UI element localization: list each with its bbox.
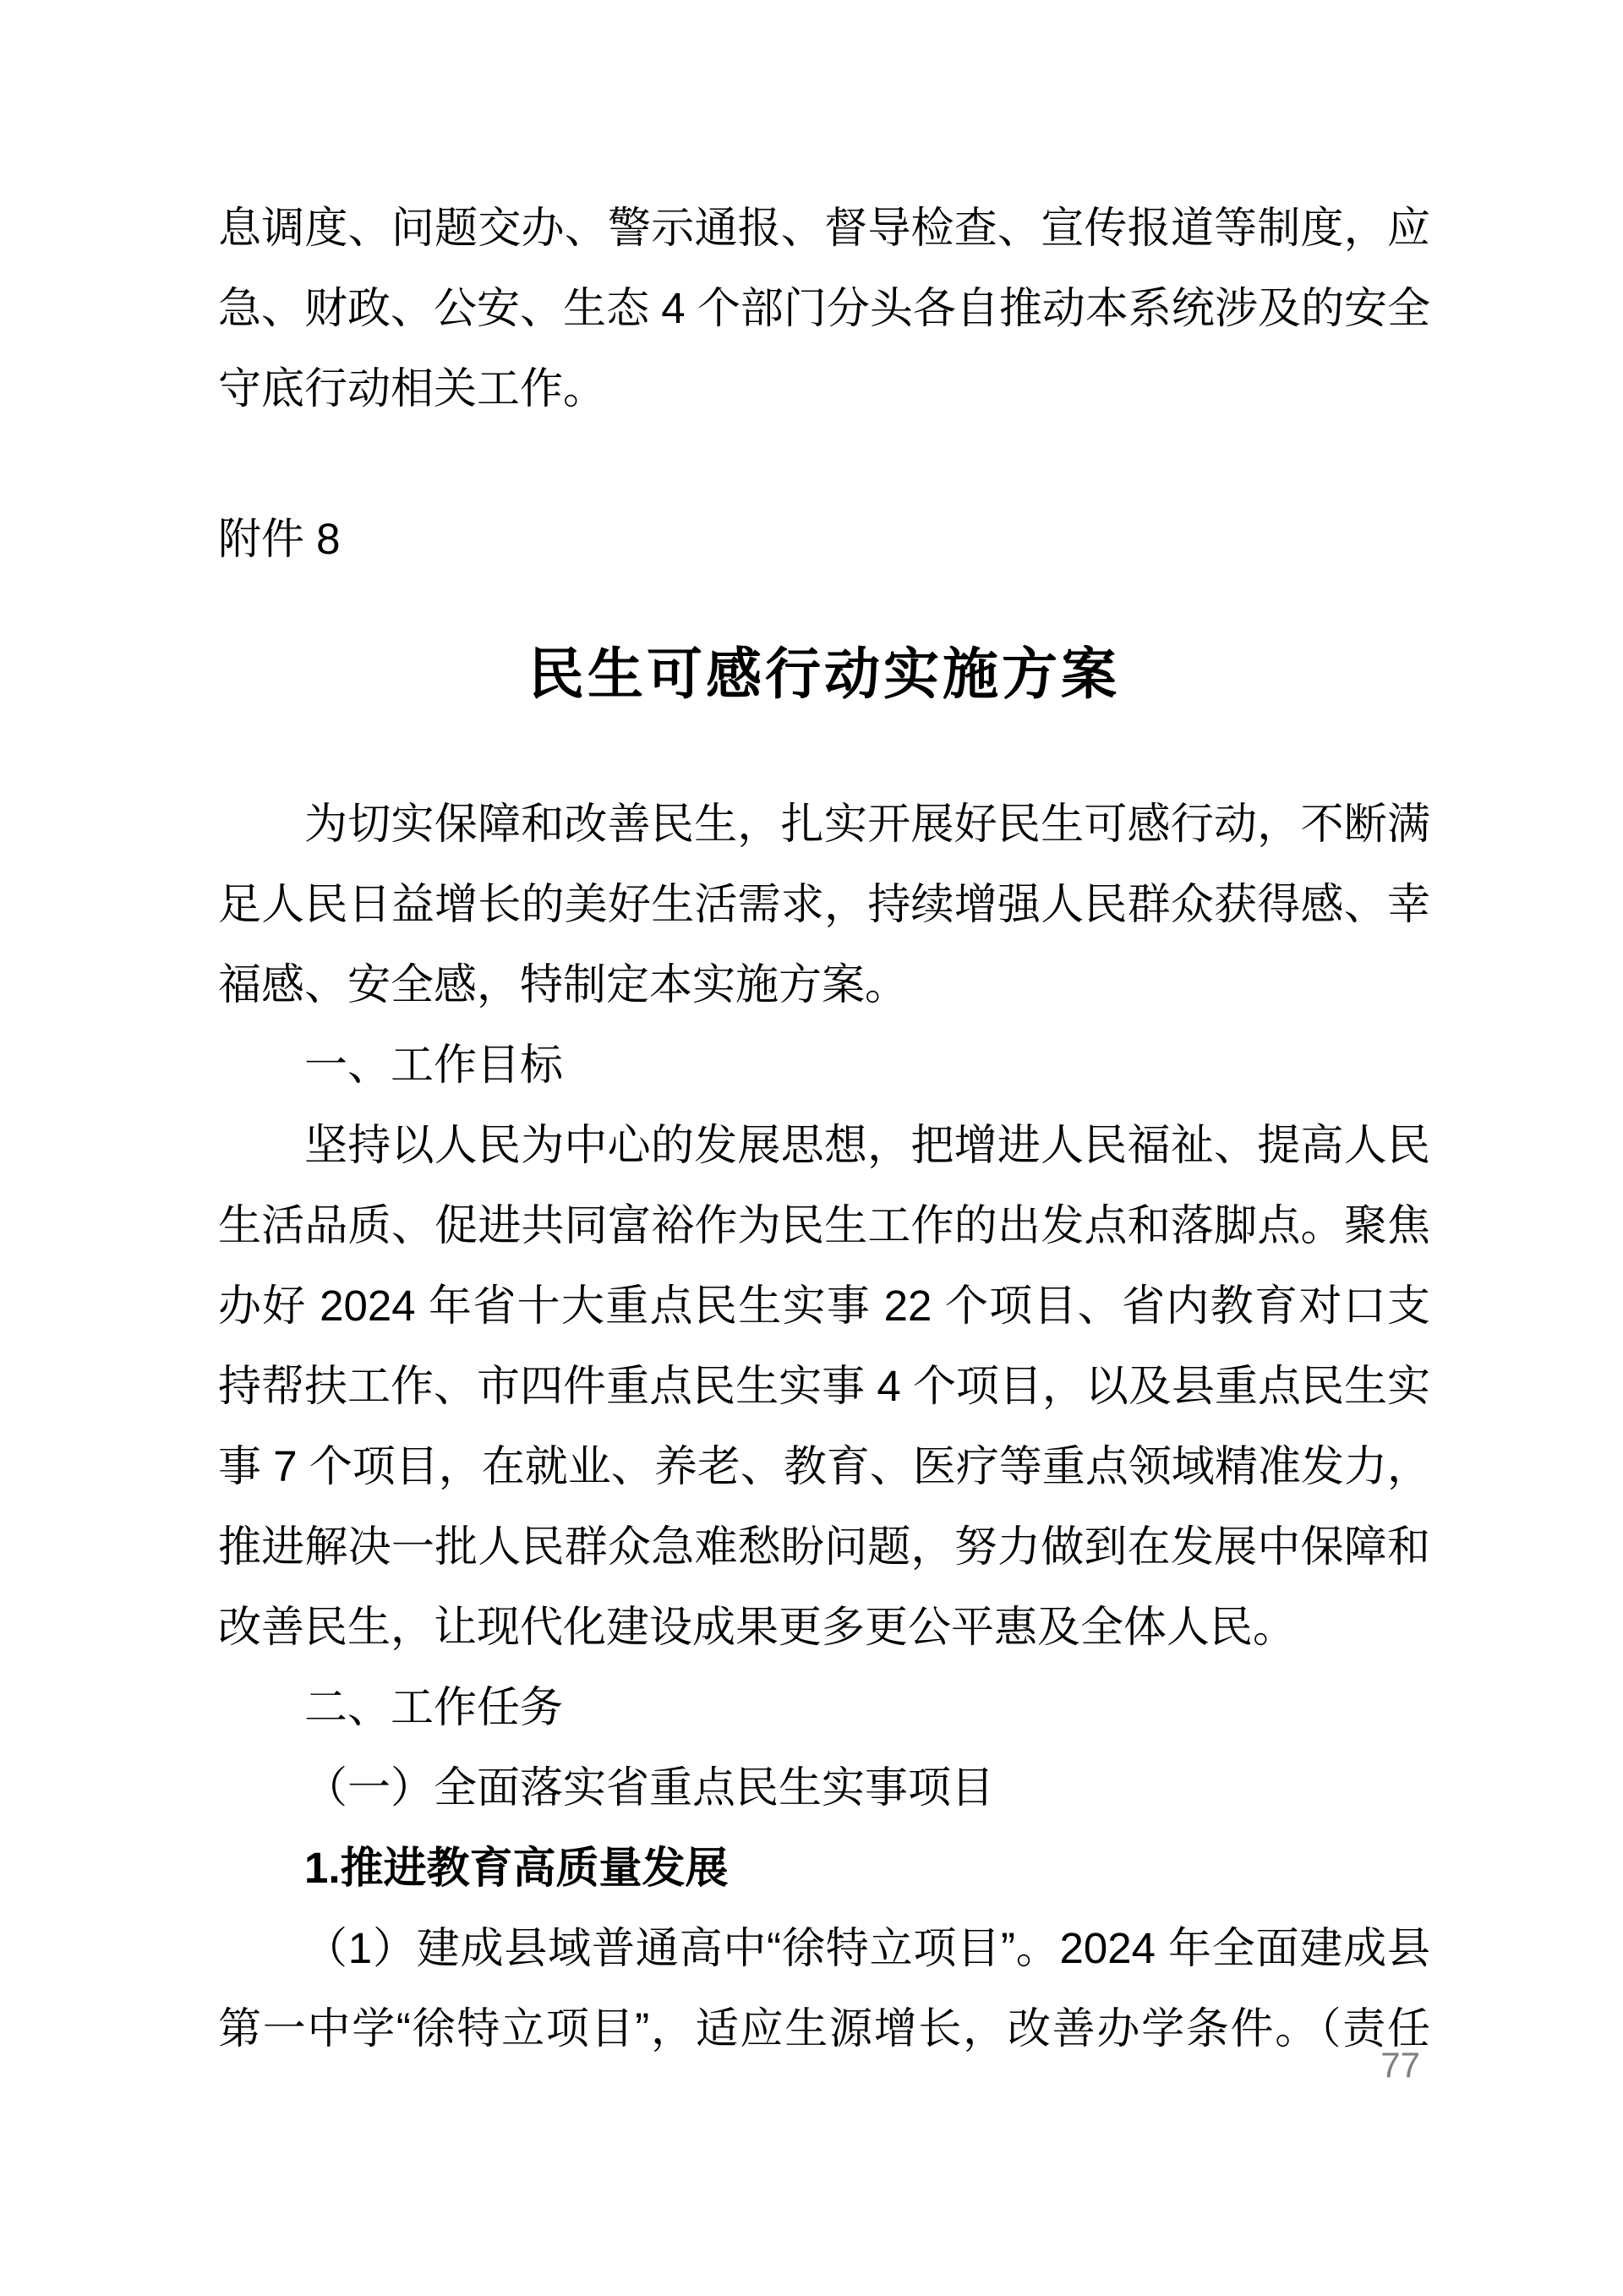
- section-heading-2: 二、工作任务: [218, 1667, 1430, 1747]
- text-line: （1）建成县域普通高中“徐特立项目”。2024 年全面建成县: [218, 1908, 1430, 1988]
- text-line: 改善民生，让现代化建设成果更多更公平惠及全体人民。: [218, 1587, 1430, 1667]
- document-title: 民生可感行动实施方案: [218, 627, 1430, 720]
- text-line: 办好 2024 年省十大重点民生实事 22 个项目、省内教育对口支: [218, 1266, 1430, 1346]
- subsection-heading: （一）全面落实省重点民生实事项目: [218, 1747, 1430, 1828]
- text-line: 推进解决一批人民群众急难愁盼问题，努力做到在发展中保障和: [218, 1506, 1430, 1587]
- page-number: 77: [1380, 2044, 1420, 2086]
- continuation-paragraph: 息调度、问题交办、警示通报、督导检查、宣传报道等制度，应急、财政、公安、生态 4…: [218, 188, 1430, 429]
- document-page: 息调度、问题交办、警示通报、督导检查、宣传报道等制度，应急、财政、公安、生态 4…: [0, 0, 1623, 2296]
- attachment-label: 附件 8: [218, 499, 1430, 579]
- section-heading-1: 一、工作目标: [218, 1025, 1430, 1105]
- text-line: 息调度、问题交办、警示通报、督导检查、宣传报道等制度，应: [218, 188, 1430, 268]
- text-line: 福感、安全感，特制定本实施方案。: [218, 944, 1430, 1025]
- text-line: 为切实保障和改善民生，扎实开展好民生可感行动，不断满: [218, 784, 1430, 864]
- text-line: 持帮扶工作、市四件重点民生实事 4 个项目，以及县重点民生实: [218, 1346, 1430, 1426]
- text-line: 急、财政、公安、生态 4 个部门分头各自推动本系统涉及的安全: [218, 268, 1430, 348]
- text-column: 息调度、问题交办、警示通报、督导检查、宣传报道等制度，应急、财政、公安、生态 4…: [218, 0, 1430, 2069]
- text-line: 第一中学“徐特立项目”，适应生源增长，改善办学条件。（责任: [218, 1988, 1430, 2069]
- document-body: 为切实保障和改善民生，扎实开展好民生可感行动，不断满足人民日益增长的美好生活需求…: [218, 784, 1430, 2069]
- numbered-heading: 1.推进教育高质量发展: [218, 1828, 1430, 1908]
- text-line: 生活品质、促进共同富裕作为民生工作的出发点和落脚点。聚焦: [218, 1185, 1430, 1266]
- text-line: 事 7 个项目，在就业、养老、教育、医疗等重点领域精准发力，: [218, 1426, 1430, 1506]
- text-line: 坚持以人民为中心的发展思想，把增进人民福祉、提高人民: [218, 1105, 1430, 1185]
- text-line: 守底行动相关工作。: [218, 348, 1430, 429]
- text-line: 足人民日益增长的美好生活需求，持续增强人民群众获得感、幸: [218, 864, 1430, 944]
